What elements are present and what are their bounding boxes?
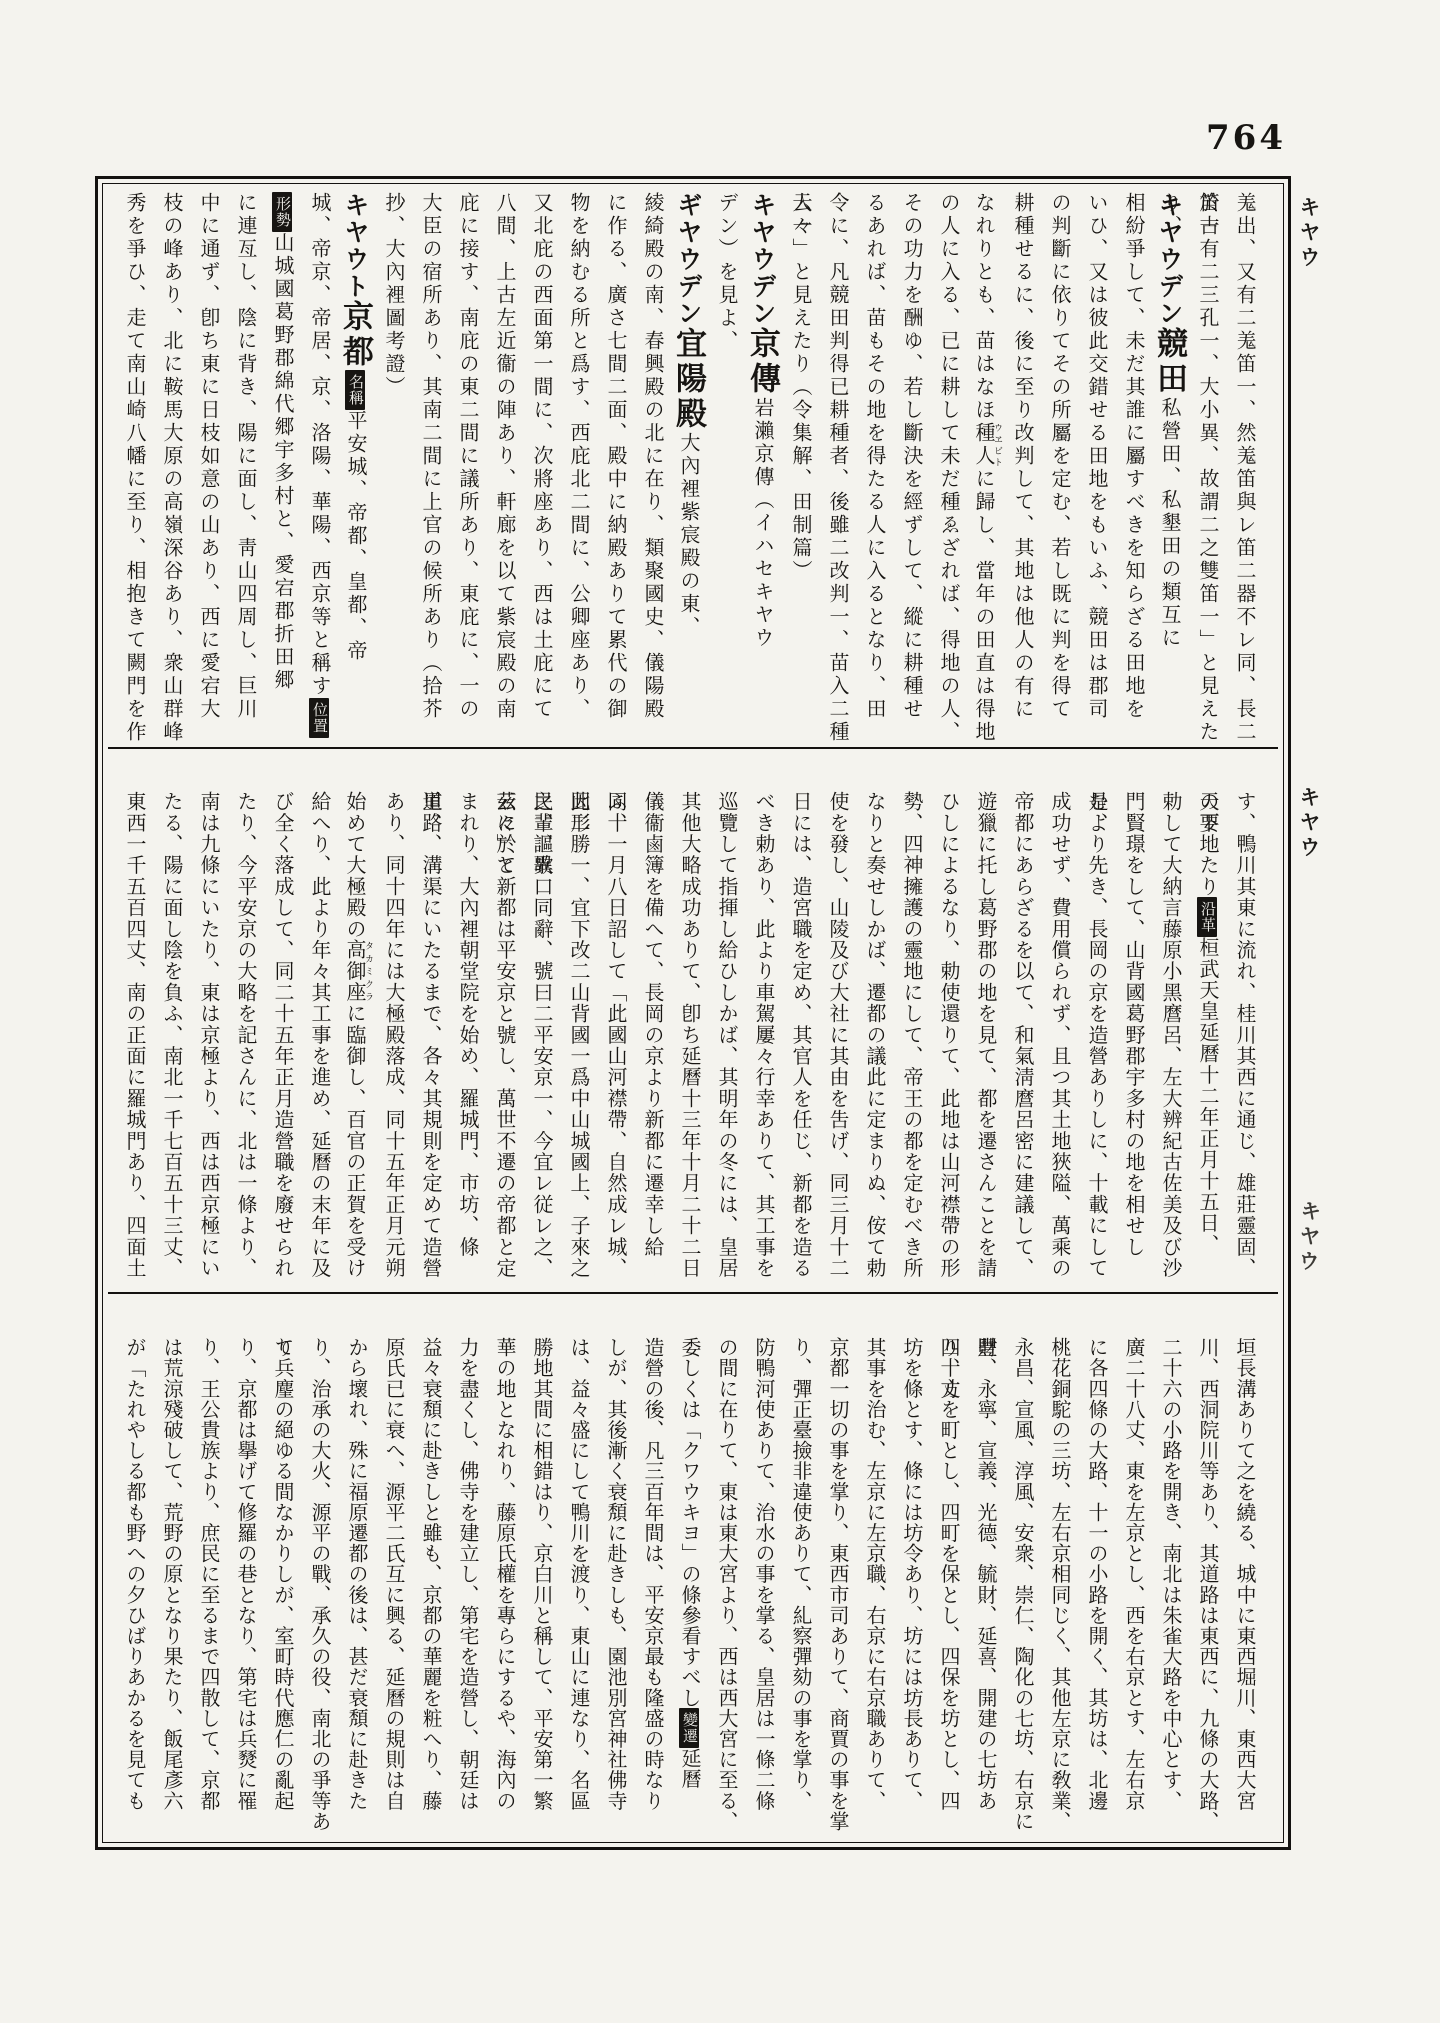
text-run: て兵麈の絕ゆる間なかりしが、室町時代應仁の亂起 xyxy=(271,1337,293,1811)
text-column: 此形勝一、宜下改二山背國一爲中山城國上、子來之民、謳歌 xyxy=(559,791,596,1289)
band-top: 羗出、又有二羗笛一、然羗笛與レ笛二器不レ同、長二於古笛一有二三孔一、大小異、故謂… xyxy=(115,192,1262,744)
text-column: 同十一月八日詔して「此國山河襟帶、自然成レ城、因二 xyxy=(596,791,633,1289)
text-column: り、京都は擧げて修羅の巷となり、第宅は兵燹に罹 xyxy=(226,1337,263,1833)
text-column: 物を納むる所と爲す、西庇北二間に、公卿座あり、 xyxy=(559,192,596,744)
text-run: 勢、四神擁護の靈地にして、帝王の都を定むべき所 xyxy=(900,791,922,1279)
text-column: て兵麈の絕ゆる間なかりしが、室町時代應仁の亂起 xyxy=(263,1337,300,1833)
text-run: 東西一千五百四丈、南の正面に羅城門あり、四面土 xyxy=(123,791,145,1279)
ruby-annotation: 高御座タカミクラ xyxy=(343,939,365,1003)
text-run: の判斷に依りてその所屬を定む、若し既に判を得て xyxy=(1048,192,1070,721)
text-column: あり、同十四年には大極殿落成、同十五年正月元朔 xyxy=(374,791,411,1289)
text-column: 華の地となれり、藤原氏權を專らにするや、海內の xyxy=(485,1337,522,1833)
text-run: り、彈正臺撿非違使ありて、糺察彈劾の事を掌り、 xyxy=(789,1337,811,1811)
text-run: その功力を酬ゆ、若し斷決を經ずして、縱に耕種せ xyxy=(900,192,922,721)
text-column: 其他大略成功ありて、卽ち延曆十三年十月二十二日 xyxy=(670,791,707,1289)
text-run: 垣長溝ありて之を繞る、城中に東西堀川、東西大宮 xyxy=(1233,1337,1255,1811)
text-column: 八間、上古左近衞の陣あり、軒廊を以て紫宸殿の南 xyxy=(485,192,522,744)
text-run: 其他大略成功ありて、卽ち延曆十三年十月二十二日 xyxy=(678,791,700,1279)
text-column: 帝都にあらざるを以て、和氣淸麿呂密に建議して、 xyxy=(1003,791,1040,1289)
text-run: 茲に於て新都は平安京と號し、萬世不遷の帝都と定 xyxy=(493,791,515,1279)
headword-kanji: 競田 xyxy=(1152,327,1187,397)
band-separator xyxy=(108,747,1278,749)
text-run: 廣二十八丈、東を左京とし、西を右京とす、左右京 xyxy=(1122,1337,1144,1811)
headword-kanji: 宜陽殿 xyxy=(671,327,706,432)
text-run: 大臣の宿所あり、其南二間に上官の候所あり（拾芥 xyxy=(419,192,441,721)
text-column: 益々衰頽に赴きしと雖も、京都の華麗を粧へり、藤 xyxy=(411,1337,448,1833)
text-column: なりと奏せしかば、遷都の議此に定まりぬ、侒て勅 xyxy=(855,791,892,1289)
text-run: 私營田、私墾田の類互に xyxy=(1158,397,1180,650)
headword-kana: キヤウデン xyxy=(1155,192,1183,327)
text-run: 川、西洞院川等あり、其道路は東西に、九條の大路、 xyxy=(1196,1337,1218,1831)
text-run: に作る、廣さ七間二面、殿中に納殿ありて累代の御 xyxy=(604,192,626,721)
text-run: は、益々盛にして鴨川を渡り、東山に連なり、名區 xyxy=(567,1337,589,1811)
text-column: その功力を酬ゆ、若し斷決を經ずして、縱に耕種せ xyxy=(892,192,929,744)
text-run: 力を盡くし、佛寺を建立し、第宅を造營し、朝廷は xyxy=(456,1337,478,1811)
text-run: 庇に接す、南庇の東二間に議所あり、東庇に、一の xyxy=(456,192,478,721)
text-column: たり、今平安京の大略を記さんに、北は一條より、 xyxy=(226,791,263,1289)
text-column: 二十六の小路を開き、南北は朱雀大路を中心とす、 xyxy=(1151,1337,1188,1833)
text-run: 云々」と見えたり（令集解、田制篇） xyxy=(789,192,811,583)
text-run: 益々衰頽に赴きしと雖も、京都の華麗を粧へり、藤 xyxy=(419,1337,441,1811)
text-run: 八間、上古左近衞の陣あり、軒廊を以て紫宸殿の南 xyxy=(493,192,515,721)
text-run: べき勅あり、此より車駕屢々行幸ありて、其工事を xyxy=(752,791,774,1279)
text-run: 防鴨河使ありて、治水の事を掌る、皇居は一條二條 xyxy=(752,1337,774,1811)
text-column: 茲に於て新都は平安京と號し、萬世不遷の帝都と定 xyxy=(485,791,522,1289)
text-column: 是より先き、長岡の京を造營ありしに、十載にして xyxy=(1077,791,1114,1289)
text-column: べき勅あり、此より車駕屢々行幸ありて、其工事を xyxy=(744,791,781,1289)
text-run: の間に在りて、東は東大宮より、西は西大宮に至る、 xyxy=(715,1337,737,1831)
text-column: り、王公貴族より、庶民に至るまで四散して、京都 xyxy=(189,1337,226,1833)
text-column: 京都一切の事を掌り、東西市司ありて、商賈の事を掌 xyxy=(818,1337,855,1833)
text-run: いひ、又は彼此交錯せる田地をもいふ、競田は郡司 xyxy=(1085,192,1107,721)
text-column: 坊を條とす、條には坊令あり、坊には坊長ありて、 xyxy=(892,1337,929,1833)
text-run: り、王公貴族より、庶民に至るまで四散して、京都 xyxy=(197,1337,219,1811)
text-column: キヤウデン京傳岩瀨京傳（イハセキヤウ xyxy=(744,192,781,744)
text-run: 桓武天皇延曆十二年正月十五日、 xyxy=(1196,937,1218,1255)
text-column: 門賢璟をして、山背國葛野郡宇多村の地を相せしむ、 xyxy=(1114,791,1151,1289)
text-run: が「たれやしる都も野への夕ひばりあかるを見ても xyxy=(123,1337,145,1811)
text-column: キヤウデン競田私營田、私墾田の類互に xyxy=(1151,192,1188,744)
text-run: り、京都は擧げて修羅の巷となり、第宅は兵燹に罹 xyxy=(234,1337,256,1811)
text-column: に作る、廣さ七間二面、殿中に納殿ありて累代の御 xyxy=(596,192,633,744)
scanned-dictionary-page: { "page": { "number": "764", "margin_lab… xyxy=(0,0,1440,2023)
text-column: デン）を見よ、 xyxy=(707,192,744,744)
text-run: に臨御し、百官の正賀を受け xyxy=(343,1003,365,1279)
margin-catchword: キヤウ xyxy=(1294,786,1324,861)
headword-kana: キヤウト xyxy=(341,192,369,300)
text-column: 廣二十八丈、東を左京とし、西を右京とす、左右京 xyxy=(1114,1337,1151,1833)
text-column: 給へり、此より年々其工事を進め、延曆の末年に及 xyxy=(300,791,337,1289)
text-run: に歸し、當年の田直は得地 xyxy=(972,468,994,744)
headword-kana: ギヤウデン xyxy=(674,192,702,327)
text-column: 庇に接す、南庇の東二間に議所あり、東庇に、一の xyxy=(448,192,485,744)
text-run: 山城國葛野郡綿代郷宇多村と、愛宕郡折田郷 xyxy=(271,232,293,692)
text-column: 使を發し、山陵及び大社に其由を吿げ、同三月十二 xyxy=(818,791,855,1289)
text-column: 桃花銅駝の三坊、左右京相同じく、其他左京に敎業、 xyxy=(1040,1337,1077,1833)
text-column: り、治承の大火、源平の戰、承久の役、南北の爭等あり xyxy=(300,1337,337,1833)
margin-catchword: キヤウ xyxy=(1293,1199,1326,1275)
text-run: 華の地となれり、藤原氏權を專らにするや、海內の xyxy=(493,1337,515,1811)
text-run: は荒涼殘破して、荒野の原となり果たり、飯尾彥六 xyxy=(160,1337,182,1811)
text-run: あり、同十四年には大極殿落成、同十五年正月元朔 xyxy=(382,791,404,1279)
text-column: 相紛爭して、未だ其誰に屬すべきを知らざる田地を xyxy=(1114,192,1151,744)
text-column: 委しくは「クワウキヨ」の條參看すべし變遷延曆 xyxy=(670,1337,707,1833)
text-column: 中に通ず、卽ち東に日枝如意の山あり、西に愛宕大 xyxy=(189,192,226,744)
text-column: まれり、大內裡朝堂院を始め、羅城門、市坊、條里、 xyxy=(448,791,485,1289)
text-column: 道路、溝渠にいたるまで、各々其規則を定めて造營 xyxy=(411,791,448,1289)
text-run: デン）を見よ、 xyxy=(715,192,737,353)
text-run: 始めて大極殿の xyxy=(343,791,365,939)
text-run: 相紛爭して、未だ其誰に屬すべきを知らざる田地を xyxy=(1122,192,1144,721)
text-column: 笛一有二三孔一、大小異、故謂二之雙笛一」と見えたり、 xyxy=(1188,192,1225,744)
text-run: 秀を爭ひ、走て南山崎八幡に至り、相抱きて闕門を作 xyxy=(123,192,145,744)
text-column: 其事を治む、左京に左京職、右京に右京職ありて、 xyxy=(855,1337,892,1833)
text-column: 四十丈を町とし、四町を保とし、四保を坊とし、四 xyxy=(929,1337,966,1833)
text-run: 道路、溝渠にいたるまで、各々其規則を定めて造營 xyxy=(419,791,441,1279)
text-column: いひ、又は彼此交錯せる田地をもいふ、競田は郡司 xyxy=(1077,192,1114,744)
text-run: 帝都にあらざるを以て、和氣淸麿呂密に建議して、 xyxy=(1011,791,1033,1279)
text-column: 城、帝京、帝居、京、洛陽、華陽、西京等と稱す位置 xyxy=(300,192,337,744)
text-run: 原氏已に衰へ、源平二氏互に興る、延曆の規則は自 xyxy=(382,1337,404,1811)
text-run: 南は九條にいたり、東は京極より、西は西京極にい xyxy=(197,791,219,1279)
text-run: 二十六の小路を開き、南北は朱雀大路を中心とす、 xyxy=(1159,1337,1181,1811)
page-number: 764 xyxy=(1206,118,1286,158)
text-column: 大臣の宿所あり、其南二間に上官の候所あり（拾芥 xyxy=(411,192,448,744)
margin-catchword: キヤウ xyxy=(1294,196,1324,271)
text-column: り、彈正臺撿非違使ありて、糺察彈劾の事を掌り、 xyxy=(781,1337,818,1833)
text-column: 成功せず、費用償られず、且つ其土地狹隘、萬乘の xyxy=(1040,791,1077,1289)
text-run: 是より先き、長岡の京を造營ありしに、十載にして xyxy=(1085,791,1107,1279)
text-column: キヤウト京都名稱平安城、帝都、皇都、帝 xyxy=(337,192,374,744)
text-column: の間に在りて、東は東大宮より、西は西大宮に至る、 xyxy=(707,1337,744,1833)
text-column: 原氏已に衰へ、源平二氏互に興る、延曆の規則は自 xyxy=(374,1337,411,1833)
text-column: から壞れ、殊に福原遷都の後は、甚だ衰頽に赴きた xyxy=(337,1337,374,1833)
text-column: 勢、四神擁護の靈地にして、帝王の都を定むべき所 xyxy=(892,791,929,1289)
text-column: 始めて大極殿の高御座タカミクラに臨御し、百官の正賀を受け xyxy=(337,791,374,1289)
text-column: 令に、凡競田判得已耕種者、後雖二改判一、苗入二種人一 xyxy=(818,192,855,744)
text-run: 使を發し、山陵及び大社に其由を吿げ、同三月十二 xyxy=(826,791,848,1279)
text-column: は荒涼殘破して、荒野の原となり果たり、飯尾彥六 xyxy=(152,1337,189,1833)
text-run: 日には、造宮職を定め、其官人を任じ、新都を造る xyxy=(789,791,811,1279)
headword-kanji: 京傳 xyxy=(745,327,780,397)
text-column: 永昌、宣風、淳風、安衆、崇仁、陶化の七坊、右京に豐 xyxy=(1003,1337,1040,1833)
text-run: 耕種せるに、後に至り改判して、其地は他人の有に xyxy=(1011,192,1033,721)
text-column: 巡覽して指揮し給ひしかば、其明年の冬には、皇居 xyxy=(707,791,744,1289)
headword-kana: キヤウデン xyxy=(748,192,776,327)
text-run: び全く落成して、同二十五年正月造營職を廢せられ xyxy=(271,791,293,1279)
text-column: 羗出、又有二羗笛一、然羗笛與レ笛二器不レ同、長二於古 xyxy=(1225,192,1262,744)
text-run: しが、其後漸く衰頽に赴きしも、園池別宮神社佛寺 xyxy=(604,1337,626,1811)
text-column: 儀衞鹵簿を備へて、長岡の京より新都に遷幸し給ふ、 xyxy=(633,791,670,1289)
text-run: たり、今平安京の大略を記さんに、北は一條より、 xyxy=(234,791,256,1279)
text-run: 中に通ず、卽ち東に日枝如意の山あり、西に愛宕大 xyxy=(197,192,219,721)
text-run: 四十丈を町とし、四町を保とし、四保を坊とし、四 xyxy=(937,1337,959,1811)
section-label-box: 變遷 xyxy=(679,1708,699,1748)
text-column: 東西一千五百四丈、南の正面に羅城門あり、四面土 xyxy=(115,791,152,1289)
text-run: なりと奏せしかば、遷都の議此に定まりぬ、侒て勅 xyxy=(863,791,885,1279)
text-column: 造營の後、凡三百年間は、平安京最も隆盛の時なり xyxy=(633,1337,670,1833)
text-run: 城、帝京、帝居、京、洛陽、華陽、西京等と稱す xyxy=(308,192,330,698)
text-run: から壞れ、殊に福原遷都の後は、甚だ衰頽に赴きた xyxy=(345,1337,367,1811)
text-column: 之輩、異口同辭、號曰二平安京一、今宜レ従レ之、云々」と xyxy=(522,791,559,1289)
text-run: 巡覽して指揮し給ひしかば、其明年の冬には、皇居 xyxy=(715,791,737,1279)
text-column: たる、陽に面し陰を負ふ、南北一千七百五十三丈、 xyxy=(152,791,189,1289)
text-column: 又北庇の西面第一間に、次將座あり、西は土庇にて xyxy=(522,192,559,744)
band-bottom: 垣長溝ありて之を繞る、城中に東西堀川、東西大宮川、西洞院川等あり、其道路は東西に… xyxy=(115,1337,1262,1833)
text-column: の人に入る、已に耕して未だ種ゑざれば、得地の人、 xyxy=(929,192,966,744)
text-column: 云々」と見えたり（令集解、田制篇） xyxy=(781,192,818,744)
text-run: 其事を治む、左京に左京職、右京に右京職ありて、 xyxy=(863,1337,885,1811)
text-column: の要地たり沿革桓武天皇延曆十二年正月十五日、 xyxy=(1188,791,1225,1289)
text-column: す、鴨川其東に流れ、桂川其西に通じ、雄莊靈固、天下 xyxy=(1225,791,1262,1289)
text-run: 大內裡紫宸殿の東、 xyxy=(677,432,699,639)
text-run: ひしによるなり、勅使還りて、此地は山河襟帶の形 xyxy=(937,791,959,1279)
text-run: 抄、大內裡圖考證） xyxy=(382,192,404,399)
text-column: は、益々盛にして鴨川を渡り、東山に連なり、名區 xyxy=(559,1337,596,1833)
text-column: 秀を爭ひ、走て南山崎八幡に至り、相抱きて闕門を作 xyxy=(115,192,152,744)
text-run: るあれば、苗もその地を得たる人に入るとなり、田 xyxy=(863,192,885,721)
text-run: 委しくは「クワウキヨ」の條參看すべし xyxy=(678,1337,700,1708)
text-column: 日には、造宮職を定め、其官人を任じ、新都を造る xyxy=(781,791,818,1289)
text-column: 遊獵に托し葛野郡の地を見て、都を遷さんことを請 xyxy=(966,791,1003,1289)
text-column: に連亙し、陰に背き、陽に面し、靑山四周し、巨川 xyxy=(226,192,263,744)
text-column: 形勢山城國葛野郡綿代郷宇多村と、愛宕郡折田郷 xyxy=(263,192,300,744)
text-column: 耕種せるに、後に至り改判して、其地は他人の有に xyxy=(1003,192,1040,744)
text-run: 京都一切の事を掌り、東西市司ありて、商賈の事を掌 xyxy=(826,1337,848,1831)
text-run: 勅して大納言藤原小黑麿呂、左大辨紀古佐美及び沙 xyxy=(1159,791,1181,1279)
text-column: 枝の峰あり、北に鞍馬大原の高嶺深谷あり、衆山群峰 xyxy=(152,192,189,744)
text-run: 平安城、帝都、皇都、帝 xyxy=(344,410,366,663)
text-column: 勝地其間に相錯はり、京白川と稱して、平安第一繁 xyxy=(522,1337,559,1833)
text-run: 遊獵に托し葛野郡の地を見て、都を遷さんことを請 xyxy=(974,791,996,1279)
text-column: 防鴨河使ありて、治水の事を掌る、皇居は一條二條 xyxy=(744,1337,781,1833)
text-column: 抄、大內裡圖考證） xyxy=(374,192,411,744)
band-separator xyxy=(108,1292,1278,1294)
text-run: 勝地其間に相錯はり、京白川と稱して、平安第一繁 xyxy=(530,1337,552,1811)
text-column: ひしによるなり、勅使還りて、此地は山河襟帶の形 xyxy=(929,791,966,1289)
text-column: ギヤウデン宜陽殿大內裡紫宸殿の東、 xyxy=(670,192,707,744)
text-run: の人に入る、已に耕して未だ種ゑざれば、得地の人、 xyxy=(937,192,959,744)
text-run: 又北庇の西面第一間に、次將座あり、西は土庇にて xyxy=(530,192,552,721)
text-column: が「たれやしる都も野への夕ひばりあかるを見ても xyxy=(115,1337,152,1833)
text-run: 桃花銅駝の三坊、左右京相同じく、其他左京に敎業、 xyxy=(1048,1337,1070,1831)
section-label-box: 位置 xyxy=(309,698,329,738)
text-column: び全く落成して、同二十五年正月造營職を廢せられ xyxy=(263,791,300,1289)
text-column: 川、西洞院川等あり、其道路は東西に、九條の大路、 xyxy=(1188,1337,1225,1833)
text-column: なれりとも、苗はなほ種人ウヱビトに歸し、當年の田直は得地 xyxy=(966,192,1003,744)
text-run: なれりとも、苗はなほ xyxy=(972,192,994,422)
text-column: るあれば、苗もその地を得たる人に入るとなり、田 xyxy=(855,192,892,744)
text-run: の要地たり xyxy=(1196,791,1218,897)
text-column: 力を盡くし、佛寺を建立し、第宅を造營し、朝廷は xyxy=(448,1337,485,1833)
text-run: 綾綺殿の南、春興殿の北に在り、類聚國史、儀陽殿 xyxy=(641,192,663,721)
text-column: 財、永寧、宣義、光德、毓財、延喜、開建の七坊あり、方 xyxy=(966,1337,1003,1833)
content-frame: 羗出、又有二羗笛一、然羗笛與レ笛二器不レ同、長二於古笛一有二三孔一、大小異、故謂… xyxy=(95,176,1291,1850)
text-column: しが、其後漸く衰頽に赴きしも、園池別宮神社佛寺 xyxy=(596,1337,633,1833)
section-label-box: 名稱 xyxy=(345,370,365,410)
text-column: 南は九條にいたり、東は京極より、西は西京極にい xyxy=(189,791,226,1289)
text-run: に連亙し、陰に背き、陽に面し、靑山四周し、巨川 xyxy=(234,192,256,721)
text-run: 給へり、此より年々其工事を進め、延曆の末年に及 xyxy=(308,791,330,1279)
text-run: 造營の後、凡三百年間は、平安京最も隆盛の時なり xyxy=(641,1337,663,1811)
text-run: に各四條の大路、十一の小路を開く、其坊は、北邊 xyxy=(1085,1337,1107,1811)
text-column: に各四條の大路、十一の小路を開く、其坊は、北邊 xyxy=(1077,1337,1114,1833)
section-label-box: 形勢 xyxy=(272,192,292,232)
text-run: 成功せず、費用償られず、且つ其土地狹隘、萬乘の xyxy=(1048,791,1070,1279)
ruby-annotation: 種人ウヱビト xyxy=(972,422,994,468)
text-column: 綾綺殿の南、春興殿の北に在り、類聚國史、儀陽殿 xyxy=(633,192,670,744)
text-run: 延曆 xyxy=(678,1748,700,1789)
text-column: 勅して大納言藤原小黑麿呂、左大辨紀古佐美及び沙 xyxy=(1151,791,1188,1289)
text-column: 垣長溝ありて之を繞る、城中に東西堀川、東西大宮 xyxy=(1225,1337,1262,1833)
text-run: 物を納むる所と爲す、西庇北二間に、公卿座あり、 xyxy=(567,192,589,721)
text-run: たる、陽に面し陰を負ふ、南北一千七百五十三丈、 xyxy=(160,791,182,1279)
text-run: 枝の峰あり、北に鞍馬大原の高嶺深谷あり、衆山群峰 xyxy=(160,192,182,744)
section-label-box: 沿革 xyxy=(1197,897,1217,937)
text-run: 岩瀨京傳（イハセキヤウ xyxy=(751,397,773,650)
headword-kanji: 京都 xyxy=(338,300,373,370)
text-run: 坊を條とす、條には坊令あり、坊には坊長ありて、 xyxy=(900,1337,922,1811)
band-middle: す、鴨川其東に流れ、桂川其西に通じ、雄莊靈固、天下の要地たり沿革桓武天皇延曆十二… xyxy=(115,791,1262,1289)
text-column: の判斷に依りてその所屬を定む、若し既に判を得て xyxy=(1040,192,1077,744)
